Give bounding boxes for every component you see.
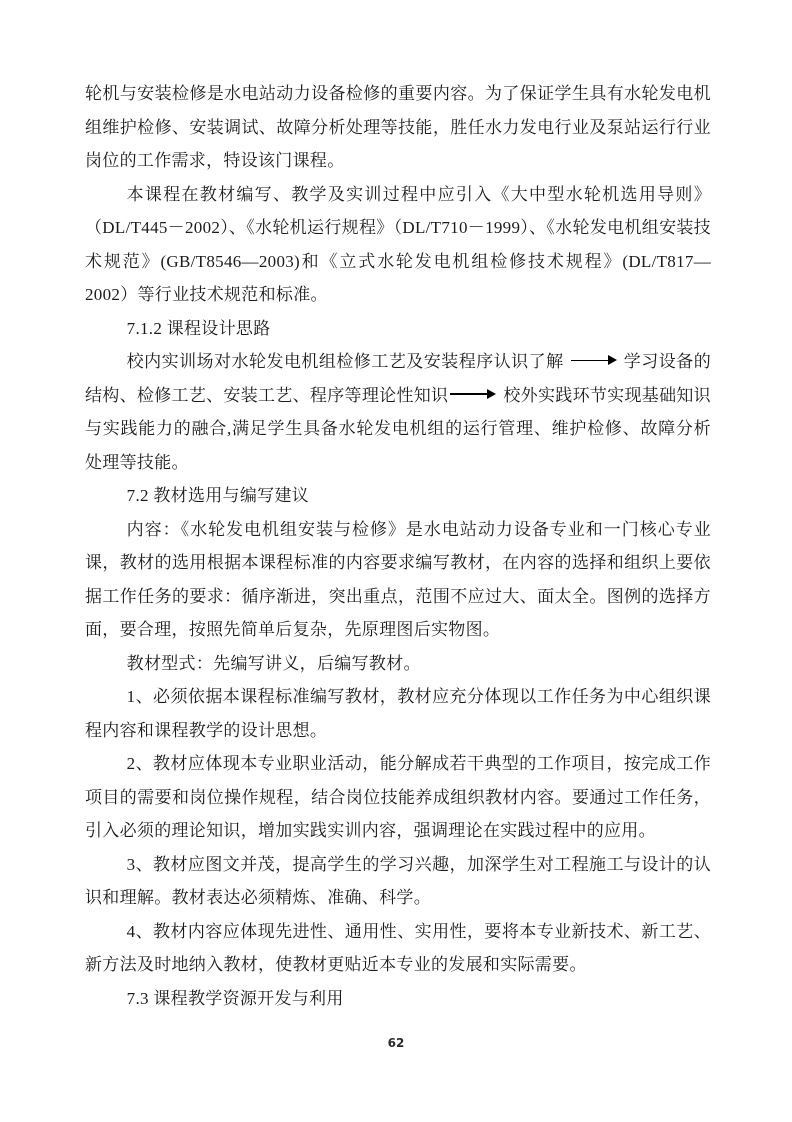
paragraph-intro-continuation: 轮机与安装检修是水电站动力设备检修的重要内容。为了保证学生具有水轮发电机组维护检… [85,77,711,178]
arrow-right-icon [571,355,617,366]
paragraph-standards: 本课程在教材编写、教学及实训过程中应引入《大中型水轮机选用导则》（DL/T445… [85,178,711,312]
arrow-shaft [571,360,609,362]
paragraph-item-2: 2、教材应体现本专业职业活动，能分解成若干典型的工作项目，按完成工作项目的需要和… [85,747,711,848]
paragraph-item-3: 3、教材应图文并茂，提高学生的学习兴趣，加深学生对工程施工与设计的认识和理解。教… [85,848,711,915]
document-page: 轮机与安装检修是水电站动力设备检修的重要内容。为了保证学生具有水轮发电机组维护检… [0,0,792,1122]
arrow-head [487,389,496,399]
page-number: 62 [0,1036,792,1050]
flow-step-1: 校内实训场对水轮发电机组检修工艺及安装程序认识了解 [127,352,564,371]
document-body: 轮机与安装检修是水电站动力设备检修的重要内容。为了保证学生具有水轮发电机组维护检… [85,77,711,1015]
heading-7-2: 7.2 教材选用与编写建议 [85,479,711,513]
arrow-head [608,355,617,365]
heading-7-3: 7.3 课程教学资源开发与利用 [85,982,711,1016]
paragraph-item-4: 4、教材内容应体现先进性、通用性、实用性，要将本专业新技术、新工艺、新方法及时地… [85,915,711,982]
paragraph-item-1: 1、必须依据本课程标准编写教材，教材应充分体现以工作任务为中心组织课程内容和课程… [85,680,711,747]
paragraph-content-selection: 内容：《水轮发电机组安装与检修》是水电站动力设备专业和一门核心专业课，教材的选用… [85,513,711,647]
arrow-shaft [450,393,488,395]
paragraph-course-design-flow: 校内实训场对水轮发电机组检修工艺及安装程序认识了解学习设备的结构、检修工艺、安装… [85,345,711,479]
arrow-right-icon [450,389,496,400]
heading-7-1-2: 7.1.2 课程设计思路 [85,312,711,346]
paragraph-material-type: 教材型式：先编写讲义，后编写教材。 [85,647,711,681]
